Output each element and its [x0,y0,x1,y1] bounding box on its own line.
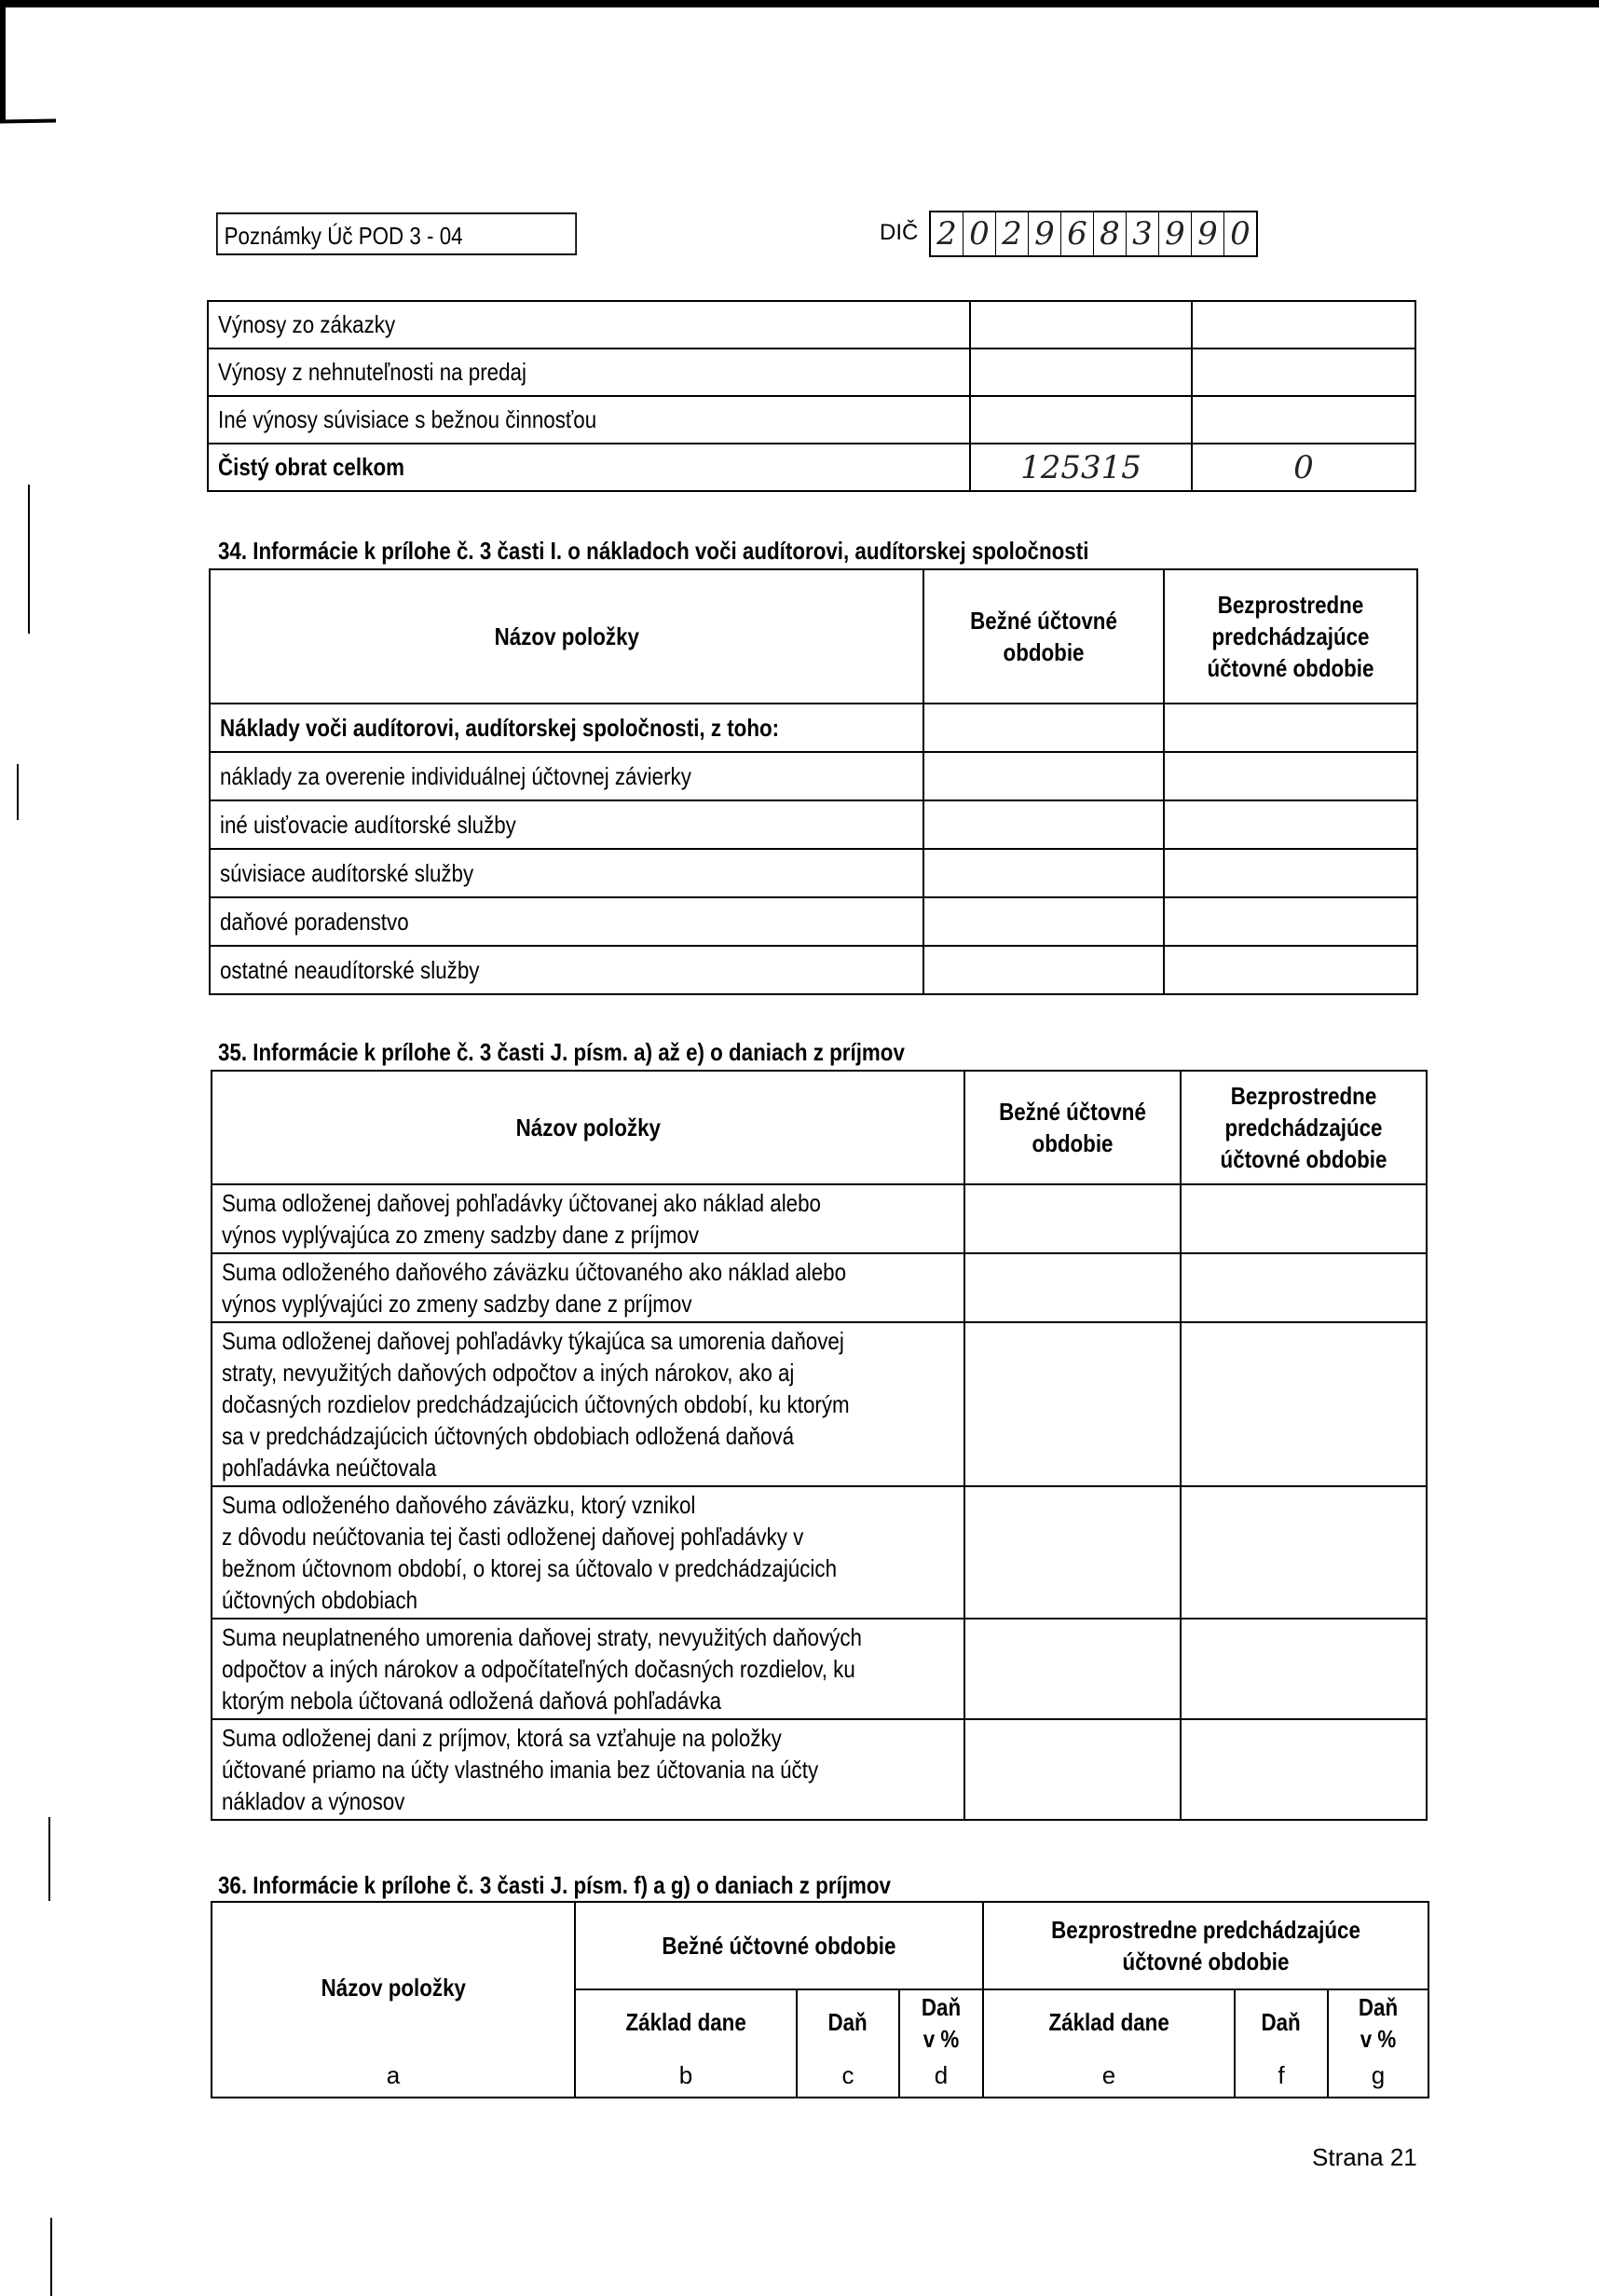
current-period-value[interactable] [923,704,1164,752]
row-label-text: Iné výnosy súvisiace s bežnou činnosťou [218,405,596,434]
sub-header-taxpct-previous: Daňv % [1328,1989,1428,2055]
previous-period-value[interactable] [1181,1719,1427,1820]
row-label-line: Suma neuplatneného umorenia daňovej stra… [222,1621,852,1653]
row-label-line: Suma odloženej daňovej pohľadávky týkajú… [222,1325,852,1357]
sub-header-base-current: Základ dane [575,1989,797,2055]
scan-artifact [17,764,19,820]
row-label: iné uisťovacie audítorské služby [210,800,923,849]
row-label-text: ostatné neaudítorské služby [220,956,479,985]
scan-artifact [28,485,30,634]
table-row: ostatné neaudítorské služby [210,946,1417,994]
dic-digit-box[interactable]: 9 [1029,212,1061,255]
row-label-line: nákladov a výnosov [222,1785,852,1817]
column-letter: a [212,2055,575,2098]
row-label-line: pohľadávka neúčtovala [222,1452,852,1483]
column-letter: c [797,2055,899,2098]
section-35-title: 35. Informácie k prílohe č. 3 časti J. p… [218,1038,905,1067]
previous-period-value[interactable] [1164,704,1417,752]
row-label: Suma odloženej daňovej pohľadávky účtova… [212,1184,964,1253]
table-row: Náklady voči audítorovi, audítorskej spo… [210,704,1417,752]
current-period-value[interactable] [923,897,1164,946]
revenue-table: Výnosy zo zákazkyVýnosy z nehnuteľnosti … [207,300,1416,492]
row-label-text: Výnosy zo zákazky [218,310,395,339]
previous-period-value[interactable]: 0 [1192,444,1415,491]
col-header-previous: Bezprostrednepredchádzajúceúčtovné obdob… [1164,569,1417,704]
table-row: daňové poradenstvo [210,897,1417,946]
row-label-text: iné uisťovacie audítorské služby [220,811,516,840]
row-label: Suma odloženého daňového záväzku účtovan… [212,1253,964,1322]
previous-period-value[interactable] [1181,1486,1427,1619]
current-period-value[interactable] [970,396,1192,444]
row-label-line: bežnom účtovnom období, o ktorej sa účto… [222,1552,852,1584]
table-row: Suma odloženej daňovej pohľadávky týkajú… [212,1322,1427,1486]
row-label-line: Suma odloženej dani z príjmov, ktorá sa … [222,1722,852,1754]
page-number: Strana 21 [1312,2143,1417,2172]
row-label-text: Náklady voči audítorovi, audítorskej spo… [220,714,779,743]
scan-artifact [48,1817,50,1901]
group-header-current: Bežné účtovné obdobie [575,1902,983,1989]
row-label: ostatné neaudítorské služby [210,946,923,994]
previous-period-value[interactable] [1181,1619,1427,1719]
dic-digit-box[interactable]: 3 [1127,212,1159,255]
col-header-previous: Bezprostrednepredchádzajúceúčtovné obdob… [1181,1071,1427,1184]
column-letter: g [1328,2055,1428,2098]
row-label: Suma odloženej dani z príjmov, ktorá sa … [212,1719,964,1820]
row-label-text: súvisiace audítorské služby [220,859,473,888]
previous-period-value[interactable] [1192,396,1415,444]
current-period-value[interactable] [964,1253,1181,1322]
column-letter: f [1235,2055,1328,2098]
col-header-name: Názov položky [212,1902,575,2055]
previous-period-value[interactable] [1181,1184,1427,1253]
table-row: Iné výnosy súvisiace s bežnou činnosťou [208,396,1415,444]
dic-digit-box[interactable]: 2 [996,212,1029,255]
sub-header-tax-current: Daň [797,1989,899,2055]
sub-header-tax-previous: Daň [1235,1989,1328,2055]
current-period-value[interactable] [970,301,1192,348]
previous-period-value[interactable] [1192,301,1415,348]
row-label-line: výnos vyplývajúca zo zmeny sadzby dane z… [222,1219,852,1250]
current-period-value[interactable] [964,1322,1181,1486]
current-period-value[interactable] [964,1184,1181,1253]
current-period-value[interactable] [923,752,1164,800]
previous-period-value[interactable] [1181,1322,1427,1486]
previous-period-value[interactable] [1164,897,1417,946]
row-label-line: sa v predchádzajúcich účtovných obdobiac… [222,1420,852,1452]
current-period-value[interactable]: 125315 [970,444,1192,491]
row-label-line: účtovných obdobiach [222,1584,852,1616]
current-period-value[interactable] [964,1719,1181,1820]
column-letter: d [899,2055,983,2098]
table-row: Suma odloženého daňového záväzku účtovan… [212,1253,1427,1322]
row-label: súvisiace audítorské služby [210,849,923,897]
current-period-value[interactable] [923,946,1164,994]
column-letter: b [575,2055,797,2098]
section-35-table: Názov položky Bežné účtovnéobdobie Bezpr… [211,1070,1428,1821]
scan-artifact [0,118,56,123]
row-label-line: Suma odloženého daňového záväzku účtovan… [222,1256,852,1288]
group-header-previous: Bezprostredne predchádzajúceúčtovné obdo… [983,1902,1428,1989]
scan-artifact [50,2218,52,2296]
dic-label: DIČ [880,220,918,246]
dic-field[interactable]: 2029683990 [929,211,1258,257]
row-label: Výnosy z nehnuteľnosti na predaj [208,348,970,396]
table-row: súvisiace audítorské služby [210,849,1417,897]
previous-period-value[interactable] [1164,752,1417,800]
row-label: Suma neuplatneného umorenia daňovej stra… [212,1619,964,1719]
dic-digit-box[interactable]: 6 [1061,212,1094,255]
dic-digit-box[interactable]: 8 [1094,212,1127,255]
column-letter: e [983,2055,1235,2098]
current-period-value[interactable] [970,348,1192,396]
row-label-line: výnos vyplývajúci zo zmeny sadzby dane z… [222,1288,852,1319]
previous-period-value[interactable] [1192,348,1415,396]
row-label-line: dočasných rozdielov predchádzajúcich účt… [222,1388,852,1420]
row-label-line: odpočtov a iných nárokov a odpočítateľný… [222,1653,852,1685]
row-label: Suma odloženej daňovej pohľadávky týkajú… [212,1322,964,1486]
dic-digit-box[interactable]: 2 [931,212,963,255]
col-header-current: Bežné účtovnéobdobie [923,569,1164,704]
table-row: Suma odloženej daňovej pohľadávky účtova… [212,1184,1427,1253]
dic-digit-box[interactable]: 0 [1224,212,1256,255]
scan-border-left [0,0,6,121]
section-36-title: 36. Informácie k prílohe č. 3 časti J. p… [218,1871,891,1900]
current-period-value[interactable] [923,849,1164,897]
current-period-value[interactable] [923,800,1164,849]
col-header-name: Názov položky [210,569,923,704]
dic-digit-box[interactable]: 0 [963,212,996,255]
row-label: Náklady voči audítorovi, audítorskej spo… [210,704,923,752]
scan-border-top [0,0,1599,7]
table-row: Výnosy zo zákazky [208,301,1415,348]
row-label: Iné výnosy súvisiace s bežnou činnosťou [208,396,970,444]
row-label: Čistý obrat celkom [208,444,970,491]
table-row: Čistý obrat celkom1253150 [208,444,1415,491]
row-label: daňové poradenstvo [210,897,923,946]
sub-header-taxpct-current: Daňv % [899,1989,983,2055]
section-36-table: Názov položky Bežné účtovné obdobie Bezp… [211,1901,1429,2098]
row-label-line: účtované priamo na účty vlastného imania… [222,1754,852,1785]
table-row: Suma odloženej dani z príjmov, ktorá sa … [212,1719,1427,1820]
previous-period-value[interactable] [1181,1253,1427,1322]
dic-digit-box[interactable]: 9 [1159,212,1192,255]
row-label-line: z dôvodu neúčtovania tej časti odloženej… [222,1521,852,1552]
form-label-box: Poznámky Úč POD 3 - 04 [216,212,577,255]
form-label: Poznámky Úč POD 3 - 04 [225,222,463,250]
table-row: náklady za overenie individuálnej účtovn… [210,752,1417,800]
row-label-line: Suma odloženého daňového záväzku, ktorý … [222,1489,852,1521]
table-row: iné uisťovacie audítorské služby [210,800,1417,849]
previous-period-value[interactable] [1164,849,1417,897]
dic-digit-box[interactable]: 9 [1192,212,1224,255]
col-header-current: Bežné účtovnéobdobie [964,1071,1181,1184]
col-header-name: Názov položky [212,1071,964,1184]
row-label: Výnosy zo zákazky [208,301,970,348]
row-label-line: ktorým nebola účtovaná odložená daňová p… [222,1685,852,1716]
current-period-value[interactable] [964,1486,1181,1619]
row-label-text: daňové poradenstvo [220,908,409,936]
row-label-text: náklady za overenie individuálnej účtovn… [220,762,691,791]
row-label-line: straty, nevyužitých daňových odpočtov a … [222,1357,852,1388]
row-label: Suma odloženého daňového záväzku, ktorý … [212,1486,964,1619]
sub-header-base-previous: Základ dane [983,1989,1235,2055]
row-label-line: Suma odloženej daňovej pohľadávky účtova… [222,1187,852,1219]
table-row: Výnosy z nehnuteľnosti na predaj [208,348,1415,396]
row-label-text: Čistý obrat celkom [218,453,404,482]
row-label-text: Výnosy z nehnuteľnosti na predaj [218,358,526,387]
table-row: Suma neuplatneného umorenia daňovej stra… [212,1619,1427,1719]
row-label: náklady za overenie individuálnej účtovn… [210,752,923,800]
section-34-title: 34. Informácie k prílohe č. 3 časti I. o… [218,537,1088,566]
table-row: Suma odloženého daňového záväzku, ktorý … [212,1486,1427,1619]
current-period-value[interactable] [964,1619,1181,1719]
section-34-table: Názov položky Bežné účtovnéobdobie Bezpr… [209,568,1418,995]
previous-period-value[interactable] [1164,946,1417,994]
previous-period-value[interactable] [1164,800,1417,849]
